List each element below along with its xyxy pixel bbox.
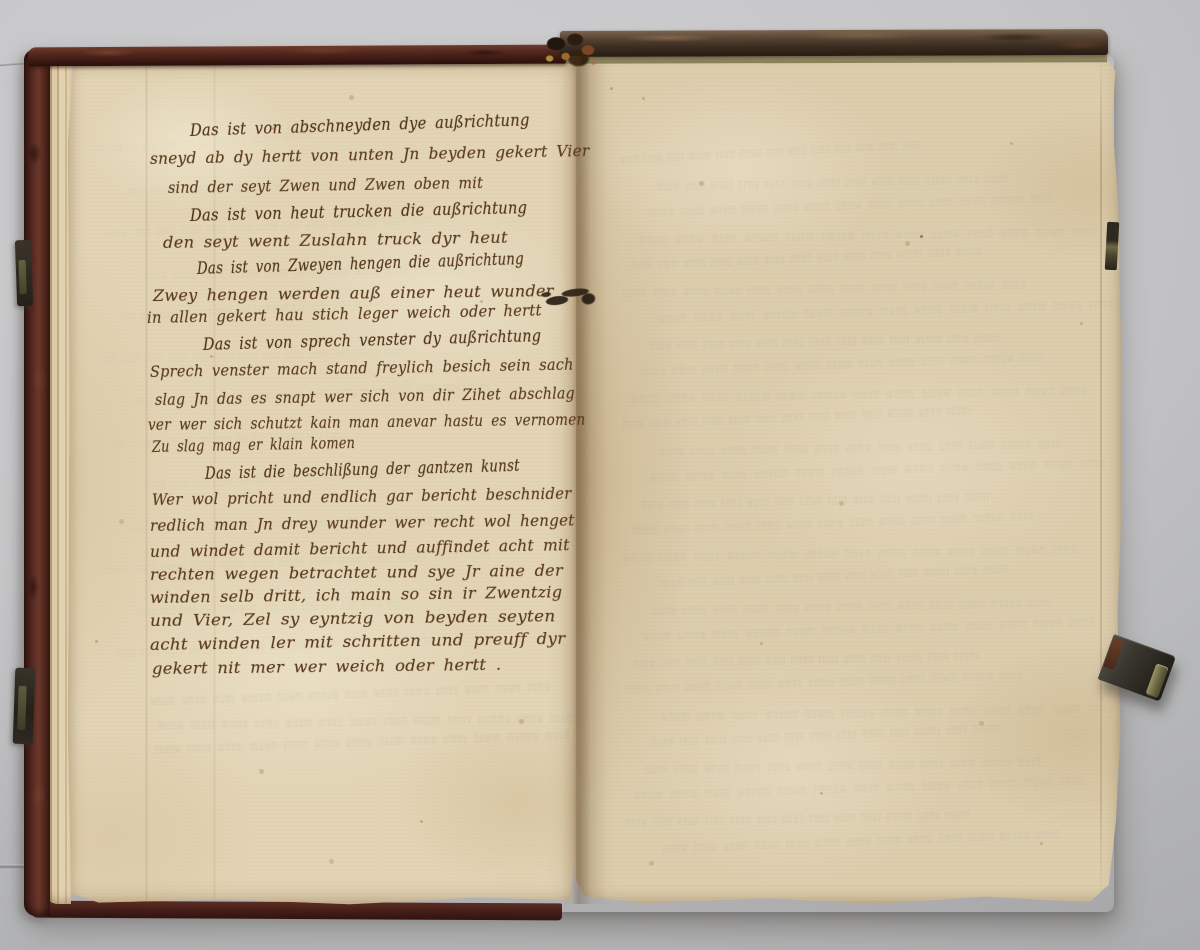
left-page-foxing-spots (68, 58, 71, 61)
left-cover-bottom-edge (30, 901, 562, 921)
damaged-leather-corner (540, 27, 604, 69)
left-manuscript-page (68, 58, 580, 906)
right-clasp-fragment (1105, 222, 1119, 271)
manuscript-book: wnum umnw munv wnvum nuwm vmnuw muvn wnm… (0, 0, 1200, 950)
right-page-edge-crease (1100, 50, 1102, 906)
photo-stage: wnum umnw munv wnvum nuwm vmnuw muvn wnm… (0, 0, 1200, 950)
left-cover-top-edge (28, 45, 566, 67)
right-cover-top-edge (560, 29, 1108, 57)
right-manuscript-page (576, 50, 1122, 906)
left-clasp-remnant-lower (13, 668, 36, 745)
left-cover-leather-edge (24, 50, 50, 916)
right-clasp-brass-roller (1145, 663, 1169, 698)
right-page-foxing-spots (576, 50, 579, 53)
left-clasp-remnant-upper (15, 240, 33, 307)
